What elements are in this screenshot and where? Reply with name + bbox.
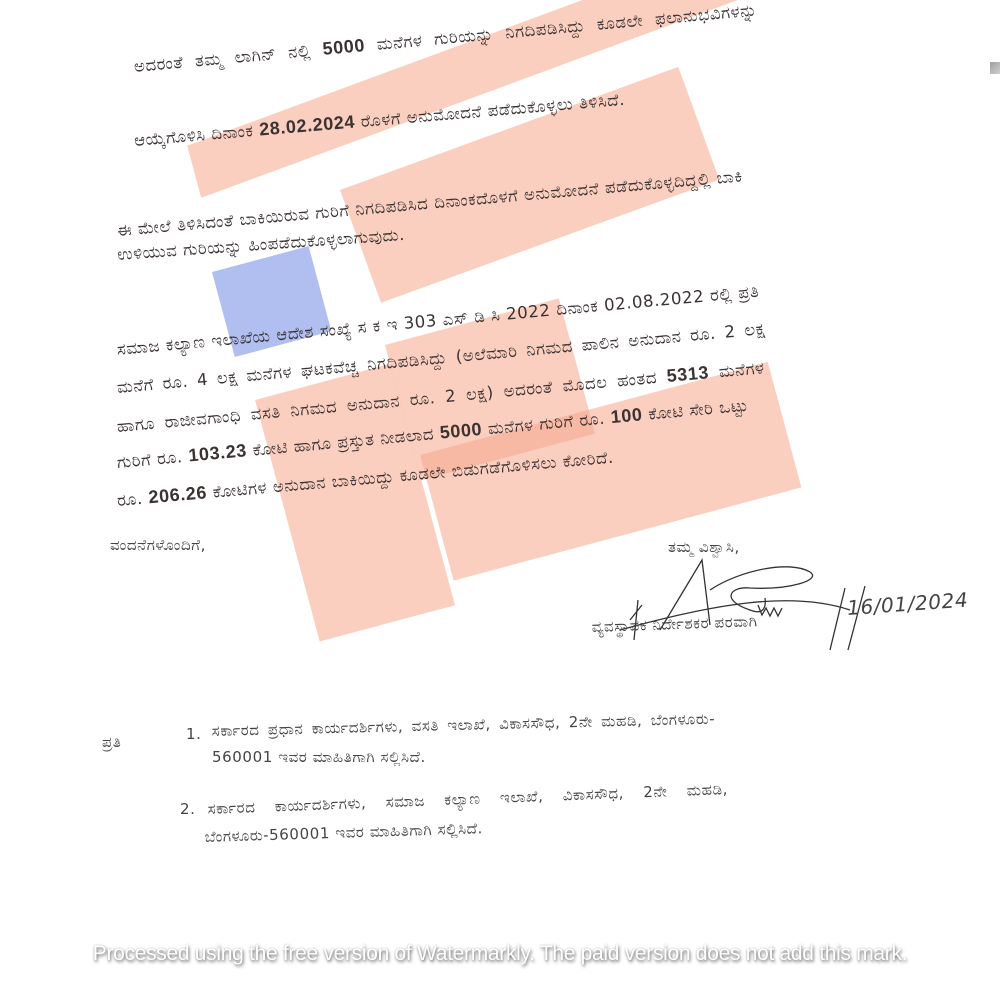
text: ಆಯ್ಕೆಗೊಳಿಸಿ ದಿನಾಂಕ [133,121,254,150]
text: ಮನೆಗಳ ಗುರಿಗೆ ರೂ. [487,409,606,439]
watermark-notice: Processed using the free version of Wate… [0,942,1000,966]
text: ಗುರಿಗೆ ರೂ. [116,447,183,472]
phase-1-count: 5313 [666,362,710,386]
text: ರೊಳಗೆ ಅನುಮೋದನೆ ಪಡೆದುಕೊಳ್ಳಲು ತಿಳಿಸಿದೆ. [360,90,626,131]
copy-1-line-2: 560001 ಇವರ ಮಾಹಿತಿಗಾಗಿ ಸಲ್ಲಿಸಿದೆ. [212,748,426,766]
current-target-count: 5000 [439,419,483,443]
target-count: 5000 [322,35,366,59]
copy-to-label: ಪ್ರತಿ [102,733,121,751]
copy-2-number: 2. [180,800,196,818]
text: ಮನೆಗಳ ಗುರಿಯನ್ನು ನಿಗದಿಪಡಿಸಿದ್ದು ಕೂಡಲೇ ಫಲಾ… [376,0,758,54]
amount-phase-1: 103.23 [187,440,247,465]
greeting: ವಂದನೆಗಳೊಂದಿಗೆ, [110,536,206,554]
scan-edge-mark [990,62,1000,74]
text: ಮನೆಗಳ [718,358,765,381]
paragraph-1-line-2: ಆಯ್ಕೆಗೊಳಿಸಿ ದಿನಾಂಕ 28.02.2024 ರೊಳಗೆ ಅನುಮ… [133,89,626,151]
paragraph-1-line-1: ಅದರಂತೆ ತಮ್ಮ ಲಾಗಿನ್ ನಲ್ಲಿ 5000 ಮನೆಗಳ ಗುರಿ… [133,0,758,77]
text: ಕೋಟಿ ಹಾಗೂ ಪ್ರಸ್ತುತ ನೀಡಲಾದ [252,424,435,459]
text: ರೂ. [116,489,143,510]
copy-2-line-1: ಸರ್ಕಾರದ ಕಾರ್ಯದರ್ಶಿಗಳು, ಸಮಾಜ ಕಲ್ಯಾಣ ಇಲಾಖೆ… [207,780,728,818]
amount-current: 100 [610,404,644,427]
text: ಕೋಟಿ ಸೇರಿ ಒಟ್ಟು [647,396,749,424]
total-amount: 206.26 [148,482,208,507]
text: ಅದರಂತೆ ತಮ್ಮ ಲಾಗಿನ್ ನಲ್ಲಿ [133,41,312,76]
deadline-date: 28.02.2024 [258,112,355,140]
copy-1-number: 1. [186,725,202,743]
copy-1-line-1: ಸರ್ಕಾರದ ಪ್ರಧಾನ ಕಾರ್ಯದರ್ಶಿಗಳು, ವಸತಿ ಇಲಾಖೆ… [212,710,716,740]
paragraph-2-line-1: ಈ ಮೇಲೆ ತಿಳಿಸಿದಂತೆ ಬಾಕಿಯಿರುವ ಗುರಿಗೆ ನಿಗದಿ… [116,166,743,241]
copy-2-line-2: ಬೆಂಗಳೂರು-560001 ಇವರ ಮಾಹಿತಿಗಾಗಿ ಸಲ್ಲಿಸಿದೆ… [204,819,483,846]
